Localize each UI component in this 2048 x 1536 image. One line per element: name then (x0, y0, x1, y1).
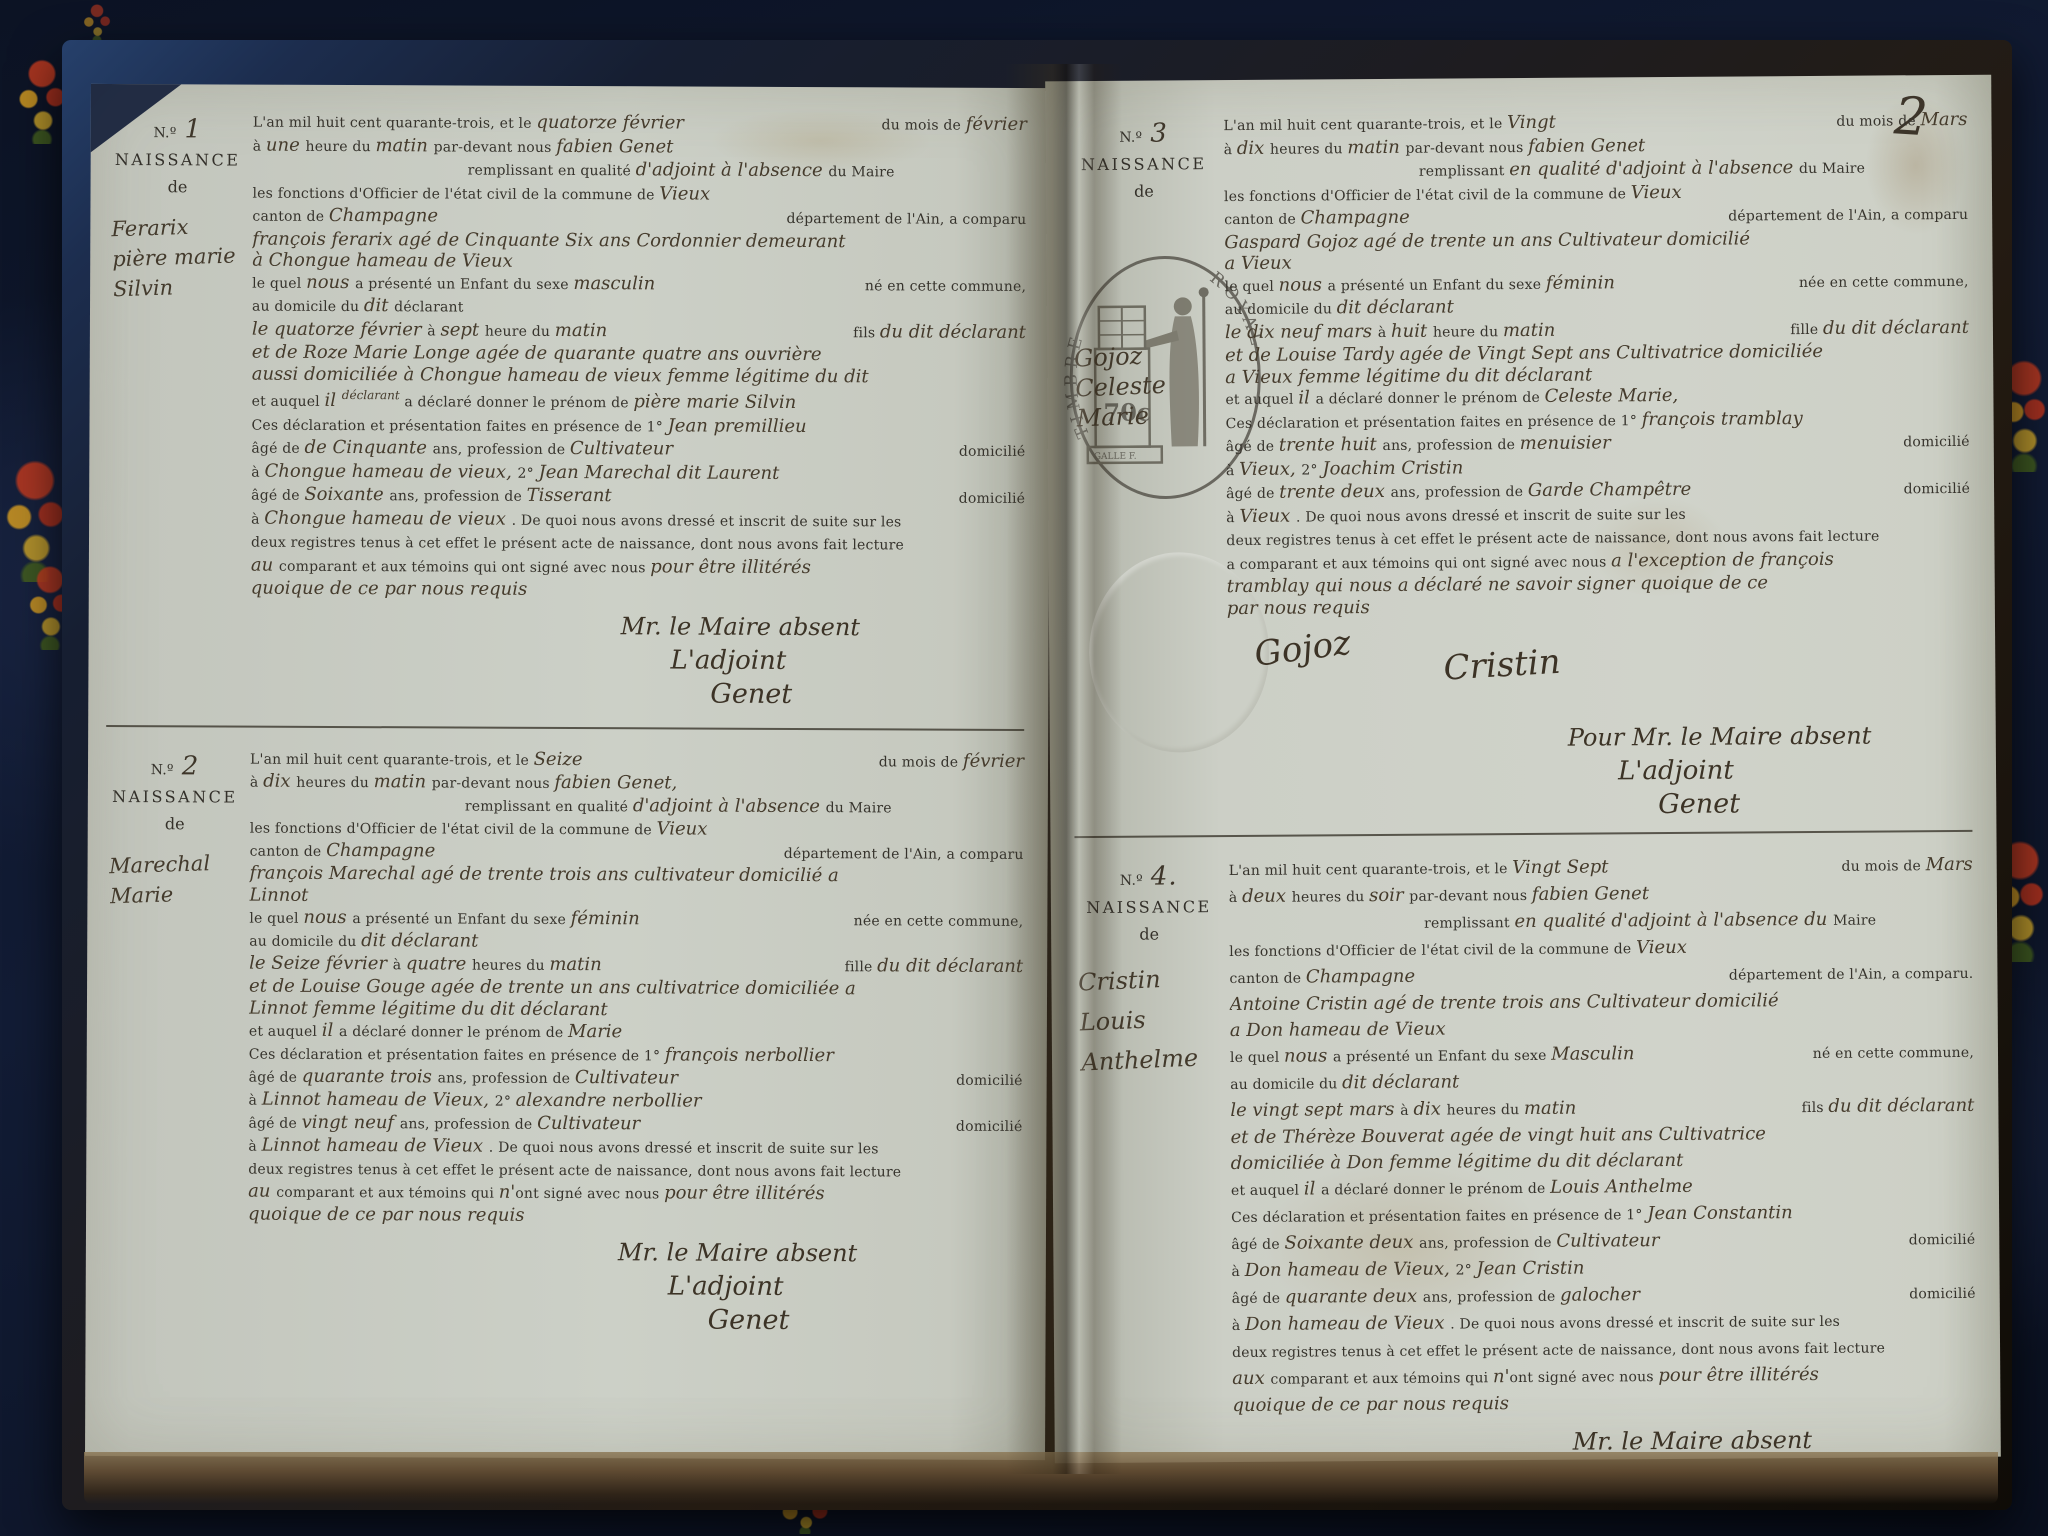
line-right-part: domicilié (956, 1114, 1023, 1137)
printed-text: et auquel (1225, 392, 1298, 409)
handwritten-text: pour être illitérés (1658, 1364, 1819, 1386)
handwritten-text: Linnot hameau de Vieux (262, 1134, 489, 1156)
handwritten-text: Vieux, (1239, 458, 1301, 479)
printed-text: à (249, 1092, 262, 1108)
handwritten-text: Vieux (659, 183, 710, 204)
margin-name: CristinLouisAnthelme (1067, 956, 1232, 1083)
birth-act-2: N.º2 NAISSANCE de MarechalMarie L'an mil… (98, 746, 1035, 1338)
printed-text: au domicile du (1225, 301, 1337, 318)
printed-text: 2° (1456, 1262, 1477, 1278)
handwritten-text: au (248, 1180, 276, 1201)
printed-text: a présenté un Enfant du sexe (355, 276, 573, 293)
act-text-line: à Linnot hameau de Vieux . De quoi nous … (248, 1134, 1028, 1160)
printed-text: par-devant nous (434, 139, 557, 156)
printed-text: Ces déclaration et présentation faites e… (1231, 1207, 1647, 1226)
printed-text: département de l'Ain, a comparu (784, 845, 1024, 862)
printed-text: domicilié (1903, 434, 1970, 450)
act-body: L'an mil huit cent quarante-trois, et le… (1223, 109, 1982, 825)
act-text-line: au domicile du dit déclarant (252, 295, 1032, 322)
act-margin: N.º4. NAISSANCE de CristinLouisAnthelme (1069, 857, 1231, 1080)
embroidered-flower-icon (80, 2, 114, 42)
handwritten-text: sept (440, 319, 484, 340)
printed-text: heures du (1292, 889, 1369, 906)
handwritten-text: Vieux (656, 818, 707, 839)
printed-text: fille (1790, 321, 1823, 337)
handwritten-text: vingt neuf (302, 1111, 400, 1132)
printed-text: du mois de (1841, 858, 1925, 875)
handwritten-text: Mars (1926, 854, 1973, 875)
signature-line: Genet (598, 1303, 938, 1338)
printed-text: déclarant (394, 299, 463, 315)
act-text-line: quoique de ce par nous requis (1232, 1388, 1982, 1419)
printed-text: Maire (1833, 913, 1876, 929)
handwritten-text: domiciliée à Don femme légitime du dit d… (1231, 1150, 1684, 1174)
printed-text: et auquel (249, 1023, 322, 1039)
handwritten-text: le vingt sept mars (1230, 1099, 1400, 1121)
handwritten-text: Cultivateur (1556, 1230, 1659, 1252)
act-text-line: remplissant en qualité d'adjoint à l'abs… (253, 158, 1033, 185)
handwritten-text: Don hameau de Vieux, (1245, 1258, 1456, 1280)
handwritten-text: Linnot hameau de Vieux, (262, 1088, 495, 1110)
act-separator-rule (1074, 830, 1972, 838)
printed-text: Ces déclaration et présentation faites e… (251, 417, 667, 435)
act-text-line: le quel nous a présenté un Enfant du sex… (252, 271, 1032, 298)
printed-text: au domicile du (249, 933, 361, 949)
handwritten-text: d'adjoint à l'absence (636, 159, 829, 181)
line-right-part: domicilié (959, 440, 1026, 464)
handwritten-text: Cultivateur (537, 1112, 640, 1133)
printed-text: du mois de (882, 117, 966, 133)
act-margin: N.º1 NAISSANCE de Ferarixpière marieSilv… (102, 110, 253, 303)
act-number: N.º4. (1069, 861, 1229, 892)
number-value: 4. (1151, 861, 1178, 891)
printed-text: du Maire (828, 164, 894, 180)
printed-text: deux registres tenus à cet effet le prés… (1226, 529, 1879, 550)
handwritten-text: Vingt Sept (1512, 856, 1608, 878)
printed-text: Ces déclaration et présentation faites e… (1226, 413, 1642, 432)
handwritten-text: alexandre nerbollier (516, 1089, 702, 1111)
handwritten-text: a Don hameau de Vieux (1230, 1019, 1446, 1042)
line-right-part: du mois de Mars (1836, 109, 1967, 133)
margin-name-line: Louis (1079, 996, 1231, 1042)
printed-text: âgé de (1226, 439, 1279, 455)
printed-text: âgé de (251, 488, 304, 504)
handwritten-text: quoique de ce par nous requis (251, 578, 528, 600)
printed-text: à (251, 464, 264, 480)
printed-text: âgé de (1231, 1237, 1284, 1253)
handwritten-text: françois nerbollier (665, 1044, 834, 1066)
number-value: 3 (1150, 118, 1168, 148)
signature-line: Genet (600, 677, 940, 712)
handwritten-text: Champagne (1306, 966, 1415, 988)
act-body: L'an mil huit cent quarante-trois, et le… (1229, 852, 1988, 1463)
handwritten-text: Antoine Cristin agé de trente trois ans … (1230, 990, 1779, 1015)
handwritten-text: et de Louise Gouge agée de trente un ans… (249, 975, 856, 999)
line-right-part: domicilié (1909, 1226, 1976, 1253)
handwritten-text: Cultivateur (570, 438, 673, 459)
printed-text: âgé de (1226, 486, 1279, 502)
act-text-line: quoique de ce par nous requis (251, 578, 1031, 603)
handwritten-text: Cultivateur (575, 1067, 678, 1088)
handwritten-text: et de Roze Marie Longe agée de quarante … (252, 342, 822, 365)
handwritten-text: Chongue hameau de vieux (264, 507, 511, 529)
printed-text: domicilié (1909, 1232, 1976, 1248)
printed-text: domicilié (959, 491, 1026, 507)
printed-text: à (427, 323, 440, 339)
act-text-line: deux registres tenus à cet effet le prés… (251, 531, 1031, 558)
handwritten-text: matin (374, 771, 432, 792)
act-text-line: Ces déclaration et présentation faites e… (249, 1042, 1029, 1068)
act-heading: NAISSANCE (103, 150, 253, 170)
printed-text: . De quoi nous avons dressé et inscrit d… (489, 1139, 879, 1157)
printed-text: âgé de (248, 1115, 301, 1131)
printed-text: du mois de (879, 754, 963, 770)
act-text-line: au domicile du dit déclarant (249, 929, 1029, 955)
act-text-line: le quatorze février à sept heure du mati… (252, 318, 1032, 345)
handwritten-text: Seize (534, 748, 583, 769)
act-of: de (1069, 924, 1229, 944)
handwritten-text: matin (549, 953, 601, 974)
official-signature-block: Mr. le Maire absentL'adjointGenet (598, 1235, 938, 1338)
act-text-line: à Linnot hameau de Vieux, 2° alexandre n… (249, 1088, 1029, 1114)
act-body: L'an mil huit cent quarante-trois, et le… (250, 111, 1037, 713)
printed-text: né en cette commune, (1813, 1045, 1974, 1062)
handwritten-text: dit déclarant (361, 930, 478, 952)
printed-text: remplissant en qualité (468, 163, 636, 180)
line-right-part: du mois de février (882, 113, 1027, 137)
printed-text: à (248, 1138, 261, 1154)
printed-text: à (1229, 890, 1242, 906)
printed-text: née en cette commune, (854, 913, 1024, 930)
line-right-part: domicilié (956, 1068, 1023, 1091)
printed-text: les fonctions d'Officier de l'état civil… (252, 185, 659, 203)
printed-text: le quel (1225, 278, 1279, 294)
printed-text: heure du (485, 323, 555, 339)
act-number: N.º3 (1063, 118, 1223, 149)
handwritten-text: deux (1242, 886, 1292, 907)
handwritten-text: Soixante (304, 484, 389, 505)
handwritten-text: soir (1369, 885, 1409, 906)
handwritten-text: trente huit (1279, 434, 1383, 456)
printed-text: les fonctions d'Officier de l'état civil… (1224, 186, 1631, 205)
line-right-part: né en cette commune, (1813, 1039, 1974, 1067)
line-right-part: du mois de Mars (1841, 852, 1972, 880)
printed-text: a déclaré donner le prénom de (400, 394, 634, 411)
handwritten-text: le quatorze février (252, 318, 427, 340)
printed-text: L'an mil huit cent quarante-trois, et le (1229, 861, 1513, 879)
printed-text: et auquel (1231, 1183, 1304, 1200)
number-label: N.º (1119, 130, 1142, 146)
signature-line: L'adjoint (598, 1269, 938, 1304)
handwritten-text: de Cinquante (305, 437, 433, 459)
handwritten-text: Linnot (249, 884, 308, 905)
printed-text: domicilié (1903, 481, 1970, 497)
act-text-line: canton de Champagnedépartement de l'Ain,… (250, 839, 1030, 865)
handwritten-text: fabien Genet (1528, 135, 1645, 157)
act-text-line: par nous requis (1227, 592, 1977, 619)
printed-text: âgé de (249, 1069, 302, 1085)
printed-text: fils (1802, 1100, 1829, 1116)
handwritten-text: matin (1503, 319, 1556, 340)
line-right-part: du mois de février (879, 750, 1024, 774)
signature-line: Mr. le Maire absent (598, 1235, 938, 1270)
printed-text: 2° (1301, 462, 1322, 478)
handwritten-text: Tisserant (527, 485, 612, 506)
handwritten-text: trente deux (1279, 481, 1390, 503)
handwritten-text: nous (303, 906, 352, 927)
photo-scene: N.º1 NAISSANCE de Ferarixpière marieSilv… (0, 0, 2048, 1536)
right-page-content: N.º3 NAISSANCE de GojozCeleste Marie L'a… (1045, 75, 2001, 1464)
handwritten-text: dit déclarant (1342, 1071, 1459, 1093)
printed-text: L'an mil huit cent quarante-trois, et le (250, 751, 534, 768)
printed-text: domicilié (1909, 1286, 1976, 1302)
printed-text: ans, profession de (433, 441, 570, 458)
printed-text: ans, profession de (389, 488, 526, 505)
act-of: de (1064, 181, 1224, 201)
act-text-line: âgé de Soixante ans, profession de Tisse… (251, 484, 1031, 511)
act-text-line: remplissant en qualité d'adjoint à l'abs… (250, 793, 1030, 819)
printed-text: domicilié (956, 1118, 1023, 1134)
number-label: N.º (151, 762, 174, 778)
handwritten-text: pour être illitérés (650, 556, 811, 578)
printed-text: a déclaré donner le prénom de (1321, 1181, 1550, 1199)
printed-text: ans, profession de (1419, 1235, 1556, 1252)
act-heading: NAISSANCE (100, 786, 250, 806)
printed-text: à (393, 957, 406, 973)
handwritten-text: Vieux (1636, 937, 1687, 958)
handwritten-text: Vieux (1239, 505, 1296, 526)
handwritten-text: n' (1493, 1366, 1510, 1387)
line-right-part: fille du dit déclarant (1790, 316, 1969, 341)
official-signature-block: Mr. le Maire absentL'adjointGenet (600, 609, 940, 712)
printed-text: à (1231, 1264, 1244, 1280)
act-heading: NAISSANCE (1064, 154, 1224, 174)
line-right-part: née en cette commune, (1799, 269, 1969, 294)
printed-text: deux registres tenus à cet effet le prés… (1232, 1340, 1885, 1361)
printed-text: heure du (305, 138, 375, 154)
printed-text: domicilié (959, 444, 1026, 460)
printed-text: a présenté un Enfant du sexe (352, 911, 570, 928)
handwritten-text: le Seize février (249, 952, 393, 974)
handwritten-text: féminin (1546, 272, 1615, 293)
handwritten-text: dix (1413, 1099, 1446, 1120)
handwritten-text: fabien Genet, (554, 771, 677, 793)
printed-text: heures du (296, 774, 373, 790)
printed-text: département de l'Ain, a comparu (786, 211, 1026, 228)
act-margin: N.º3 NAISSANCE de GojozCeleste Marie (1063, 114, 1225, 431)
printed-text: le quel (1230, 1050, 1284, 1066)
handwritten-text: du dit déclarant (880, 321, 1026, 343)
act-text-line: Ces déclaration et présentation faites e… (251, 413, 1031, 440)
printed-text: née en cette commune, (1799, 273, 1969, 290)
witness-signature: Gojoz (1252, 623, 1359, 721)
signature-line: L'adjoint (600, 643, 940, 678)
handwritten-text: Soixante deux (1284, 1232, 1419, 1254)
handwritten-text: Joachim Cristin (1322, 457, 1463, 479)
page-block-edge (84, 1452, 1998, 1504)
handwritten-text: dix (1237, 137, 1270, 158)
handwritten-text: Jean Constantin (1647, 1202, 1793, 1224)
printed-text: fils (853, 325, 880, 341)
margin-name: Ferarixpière marieSilvin (101, 210, 254, 305)
handwritten-text: nous (306, 271, 355, 292)
handwritten-text: a Vieux femme légitime du dit déclarant (1225, 364, 1592, 388)
handwritten-text: huit (1391, 320, 1433, 341)
printed-text: comparant et aux témoins qui ont signé a… (279, 558, 650, 576)
act-text-line: âgé de quarante trois ans, profession de… (249, 1065, 1029, 1091)
printed-text: 2° (495, 1093, 516, 1109)
handwritten-text: Champagne (326, 839, 435, 860)
printed-text: au domicile du (252, 299, 364, 315)
handwritten-text: Celeste Marie, (1545, 385, 1679, 407)
margin-name-line: pière marie (112, 240, 253, 274)
printed-text: canton de (252, 209, 329, 225)
handwritten-text: aussi domiciliée à Chongue hameau de vie… (252, 363, 869, 387)
line-right-part: domicilié (1903, 430, 1970, 454)
handwritten-text: françois ferarix agé de Cinquante Six an… (252, 228, 845, 252)
handwritten-text: Mars (1920, 109, 1967, 130)
margin-name-line: Cristin (1077, 956, 1229, 1002)
printed-text: du Maire (826, 800, 892, 816)
printed-text: à (1226, 462, 1239, 478)
printed-text: canton de (1224, 212, 1301, 229)
act-text-line: au comparant et aux témoins qui n'ont si… (248, 1180, 1028, 1206)
number-label: N.º (153, 125, 176, 141)
act-text-line: le Seize février à quatre heures du mati… (249, 952, 1029, 978)
witness-signatures: GojozCristin (1227, 624, 1978, 715)
margin-name-line: Anthelme (1081, 1036, 1233, 1082)
margin-name-line: Celeste Marie (1075, 367, 1227, 433)
printed-text: les fonctions d'Officier de l'état civil… (1229, 941, 1636, 960)
handwritten-text: il (1298, 387, 1315, 408)
handwritten-text: n' (499, 1181, 516, 1202)
signature-line: Pour Mr. le Maire absent (1548, 718, 1888, 754)
witness-signature: Cristin (1442, 642, 1563, 717)
act-text-line: et auquel il déclarant a déclaré donner … (252, 385, 1032, 417)
line-right-part: né en cette commune, (865, 274, 1026, 298)
printed-text: heure du (1433, 324, 1503, 340)
act-of: de (103, 177, 253, 197)
handwritten-text: en qualité d'adjoint à l'absence du (1514, 909, 1833, 932)
handwritten-text: il (1304, 1178, 1321, 1199)
printed-text: les fonctions d'Officier de l'état civil… (250, 820, 657, 838)
printed-text: ont signé avec nous (1509, 1369, 1658, 1386)
handwritten-text: féminin (571, 908, 640, 929)
handwritten-text: a l'exception de françois (1611, 548, 1834, 571)
printed-text: ans, profession de (400, 1116, 537, 1133)
handwritten-text: fabien Genet (556, 135, 673, 157)
printed-text: du Maire (1799, 161, 1865, 177)
printed-text: . De quoi nous avons dressé et inscrit d… (1450, 1314, 1840, 1333)
handwritten-text: masculin (573, 273, 655, 294)
handwritten-text: d'adjoint à l'absence (633, 795, 826, 817)
printed-text: le quel (252, 275, 306, 291)
signature-line: Mr. le Maire absent (601, 609, 941, 644)
number-value: 1 (184, 114, 202, 144)
line-right-part: domicilié (959, 487, 1026, 511)
printed-text: le quel (249, 910, 303, 926)
act-text-line: le quel nous a présenté un Enfant du sex… (249, 906, 1029, 932)
handwritten-text: Gaspard Gojoz agé de trente un ans Culti… (1224, 228, 1750, 253)
handwritten-text: tramblay qui nous a déclaré ne savoir si… (1227, 572, 1768, 597)
handwritten-text: Jean Marechal dit Laurent (538, 461, 779, 483)
handwritten-text: Vieux (1631, 181, 1682, 202)
line-right-part: département de l'Ain, a comparu (784, 841, 1024, 865)
printed-text: comparant et aux témoins qui (1270, 1370, 1493, 1388)
signature-line: L'adjoint (1548, 752, 1888, 788)
printed-text: domicilié (956, 1072, 1023, 1088)
handwritten-text: à Chongue hameau de Vieux (252, 250, 513, 272)
act-separator-rule (106, 724, 1024, 730)
number-label: N.º (1120, 873, 1143, 889)
act-text-line: à Chongue hameau de vieux, 2° Jean Marec… (251, 460, 1031, 487)
printed-text: à (253, 138, 266, 154)
printed-text: a déclaré donner le prénom de (1316, 390, 1545, 408)
printed-text: par-devant nous (1405, 139, 1528, 156)
handwritten-text: galocher (1560, 1284, 1640, 1306)
handwritten-text: matin (1347, 136, 1405, 157)
printed-text: heures du (1447, 1102, 1524, 1119)
handwritten-text: a Vieux (1224, 253, 1291, 274)
act-text-line: et auquel il a déclaré donner le prénom … (249, 1019, 1029, 1045)
printed-text: L'an mil huit cent quarante-trois, et le (253, 115, 537, 132)
margin-name: GojozCeleste Marie (1064, 337, 1228, 434)
handwritten-text: Don hameau de Vieux (1245, 1313, 1450, 1335)
handwritten-text: du dit déclarant (877, 955, 1023, 977)
act-text-line: au comparant et aux témoins qui ont sign… (251, 554, 1031, 581)
act-number: N.º2 (100, 750, 250, 781)
handwritten-text: Champagne (329, 205, 438, 226)
line-right-part: domicilié (1909, 1280, 1976, 1307)
right-page: 2 TIMBRE ROYAL 70c GALLE F. N (1045, 75, 2001, 1464)
handwritten-text: une (266, 134, 306, 155)
handwritten-text: quatorze février (536, 112, 684, 134)
handwritten-text: fabien Genet (1532, 883, 1649, 905)
margin-name-line: Marechal (109, 847, 250, 881)
line-right-part: fils du dit déclarant (853, 321, 1026, 345)
handwritten-text: nous (1279, 274, 1328, 295)
handwritten-text: Jean premillieu (668, 415, 807, 437)
line-right-part: département de l'Ain, a comparu (1728, 203, 1968, 228)
handwritten-text: pière marie Silvin (633, 391, 796, 413)
handwritten-text: quarante deux (1285, 1286, 1423, 1308)
handwritten-text: il (322, 1019, 339, 1040)
handwritten-text: aux (1232, 1368, 1270, 1389)
printed-text: département de l'Ain, a comparu. (1729, 966, 1974, 984)
number-value: 2 (182, 751, 200, 781)
printed-text: âgé de (1232, 1291, 1285, 1307)
act-text-line: à Chongue hameau de vieux . De quoi nous… (251, 507, 1031, 534)
handwritten-text: Jean Cristin (1476, 1258, 1584, 1280)
official-signature-block: Pour Mr. le Maire absentL'adjointGenet (1548, 718, 1889, 822)
printed-text: deux registres tenus à cet effet le prés… (248, 1161, 901, 1180)
signature-line: Genet (1548, 786, 1888, 822)
handwritten-text: par nous requis (1227, 597, 1370, 619)
printed-text: à (251, 511, 264, 527)
printed-text: à (1232, 1318, 1245, 1334)
handwritten-text: février (966, 114, 1027, 135)
handwritten-text: février (963, 750, 1024, 771)
handwritten-text: Masculin (1551, 1043, 1634, 1065)
line-right-part: domicilié (1903, 477, 1970, 501)
printed-text: canton de (1229, 971, 1306, 988)
printed-text: à (1400, 1103, 1413, 1119)
handwritten-text: matin (555, 319, 607, 340)
line-right-part: département de l'Ain, a comparu. (1729, 960, 1974, 989)
printed-text: a déclaré donner le prénom de (339, 1024, 568, 1041)
printed-text: et auquel (252, 394, 325, 410)
birth-act-1: N.º1 NAISSANCE de Ferarixpière marieSilv… (100, 110, 1037, 713)
